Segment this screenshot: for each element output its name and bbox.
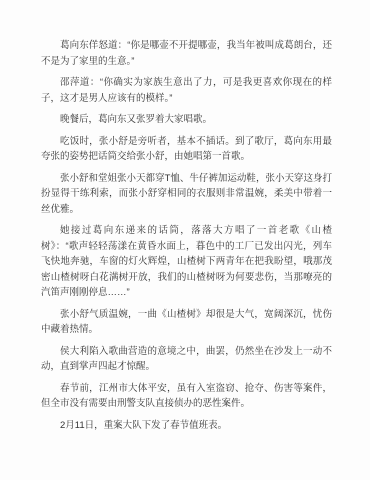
paragraph-2: 邵萍道：“你确实为家族生意出了力，可是我更喜欢你现在的样子，这才是男人应该有的模… [41,75,332,106]
paragraph-6: 她接过葛向东递来的话筒，落落大方唱了一首老歌《山楂树》：“歌声轻轻荡漾在黄昏水面… [41,223,332,301]
paragraph-7: 张小舒气质温婉，一曲《山楂树》却很是大气，宽阔深沉，忧伤中藏着热情。 [41,307,332,338]
paragraph-1: 葛向东佯怒道：“你是哪壶不开提哪壶，我当年被叫成葛朗台，还不是为了家里的生意。” [41,38,332,69]
paragraph-10: 2月11日，重案大队下发了春节值班表。 [41,418,332,434]
paragraph-5: 张小舒和堂姐张小天都穿T恤、牛仔裤加运动鞋，张小天穿这身打扮显得干练利索，而张小… [41,171,332,218]
paragraph-8: 侯大利陷入歌曲营造的意境之中，曲罢，仍然坐在沙发上一动不动，直到掌声四起才惊醒。 [41,344,332,375]
novel-text-body: 葛向东佯怒道：“你是哪壶不开提哪壶，我当年被叫成葛朗台，还不是为了家里的生意。”… [41,38,332,433]
paragraph-3: 晚餐后，葛向东又张罗着大家唱歌。 [41,112,332,128]
paragraph-4: 吃饭时，张小舒是旁听者，基本不插话。到了歌厅，葛向东用最夸张的姿势把话筒交给张小… [41,134,332,165]
ebook-page: 葛向东佯怒道：“你是哪壶不开提哪壶，我当年被叫成葛朗台，还不是为了家里的生意。”… [0,0,370,480]
paragraph-9: 春节前，江州市大体平安，虽有入室盗窃、抢夺、伤害等案件，但全市没有需要由刑警支队… [41,381,332,412]
